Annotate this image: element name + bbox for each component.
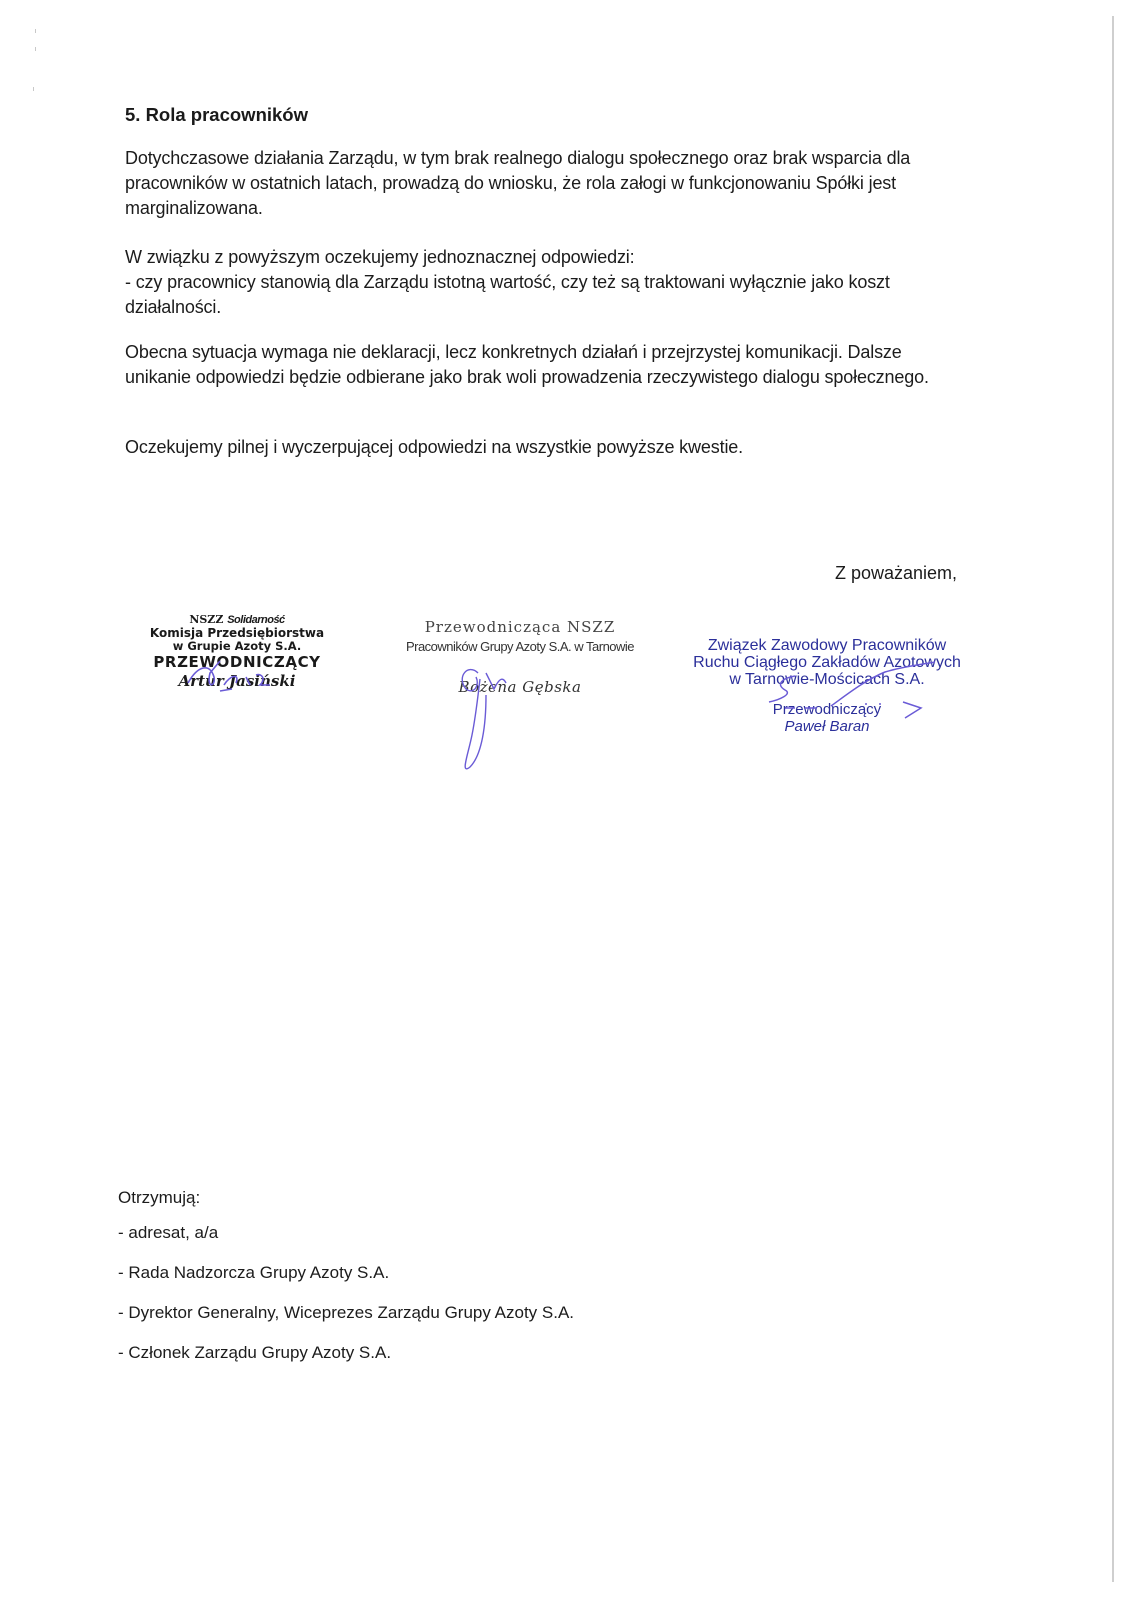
paragraph-text: Dotychczasowe działania Zarządu, w tym b… — [125, 146, 965, 221]
stamp-line: Ruchu Ciągłego Zakładów Azotowych — [672, 654, 982, 671]
recipient-item: - Dyrektor Generalny, Wiceprezes Zarządu… — [118, 1303, 574, 1343]
stamp-role: Przewodnicząca NSZZ — [390, 618, 650, 636]
recipient-item: - Członek Zarządu Grupy Azoty S.A. — [118, 1343, 574, 1383]
stamp-header: NSZZ Solidarność — [122, 613, 352, 626]
stamp-name: Paweł Baran — [672, 718, 982, 735]
paragraph-current-situation: Obecna sytuacja wymaga nie deklaracji, l… — [125, 340, 965, 390]
stamp-zzprca: Związek Zawodowy Pracowników Ruchu Ciągł… — [672, 637, 982, 735]
scan-speck — [35, 29, 36, 33]
stamp-line: Komisja Przedsiębiorstwa — [122, 626, 352, 640]
stamp-role: PRZEWODNICZĄCY — [122, 653, 352, 671]
scan-speck — [33, 87, 34, 91]
paragraph-expectation: Oczekujemy pilnej i wyczerpującej odpowi… — [125, 435, 965, 460]
stamp-line: w Tarnowie-Mościcach S.A. — [672, 671, 982, 688]
stamp-nszz-pracownikow: Przewodnicząca NSZZ Pracowników Grupy Az… — [390, 618, 650, 696]
stamp-name: Artur Jasiński — [122, 671, 352, 691]
paragraph-question: W związku z powyższym oczekujemy jednozn… — [125, 245, 965, 320]
stamp-solidarnosc: NSZZ Solidarność Komisja Przedsiębiorstw… — [122, 613, 352, 691]
paragraph-text: Obecna sytuacja wymaga nie deklaracji, l… — [125, 340, 965, 390]
scan-specks — [33, 25, 39, 95]
paragraph-text: W związku z powyższym oczekujemy jednozn… — [125, 245, 965, 270]
recipient-item: - adresat, a/a — [118, 1223, 574, 1263]
recipients-title: Otrzymują: — [118, 1188, 574, 1208]
paragraph-text: - czy pracownicy stanowią dla Zarządu is… — [125, 270, 965, 320]
paragraph-text: Oczekujemy pilnej i wyczerpującej odpowi… — [125, 435, 965, 460]
section-heading: 5. Rola pracowników — [125, 104, 308, 126]
paragraph-role-of-employees: Dotychczasowe działania Zarządu, w tym b… — [125, 146, 965, 221]
stamp-line: Związek Zawodowy Pracowników — [672, 637, 982, 654]
stamp-org-prefix: NSZZ — [189, 613, 223, 626]
recipients-list: Otrzymują: - adresat, a/a - Rada Nadzorc… — [118, 1188, 574, 1383]
scan-speck — [35, 47, 36, 51]
stamp-org-name: Solidarność — [227, 614, 284, 626]
stamp-line: w Grupie Azoty S.A. — [122, 640, 352, 653]
stamp-role: Przewodniczący — [672, 701, 982, 718]
scan-page-edge — [1112, 16, 1114, 1582]
closing-salutation: Z poważaniem, — [835, 563, 957, 584]
recipient-item: - Rada Nadzorcza Grupy Azoty S.A. — [118, 1263, 574, 1303]
stamp-org: Pracowników Grupy Azoty S.A. w Tarnowie — [390, 639, 650, 654]
stamp-name: Bożena Gębska — [390, 678, 650, 696]
